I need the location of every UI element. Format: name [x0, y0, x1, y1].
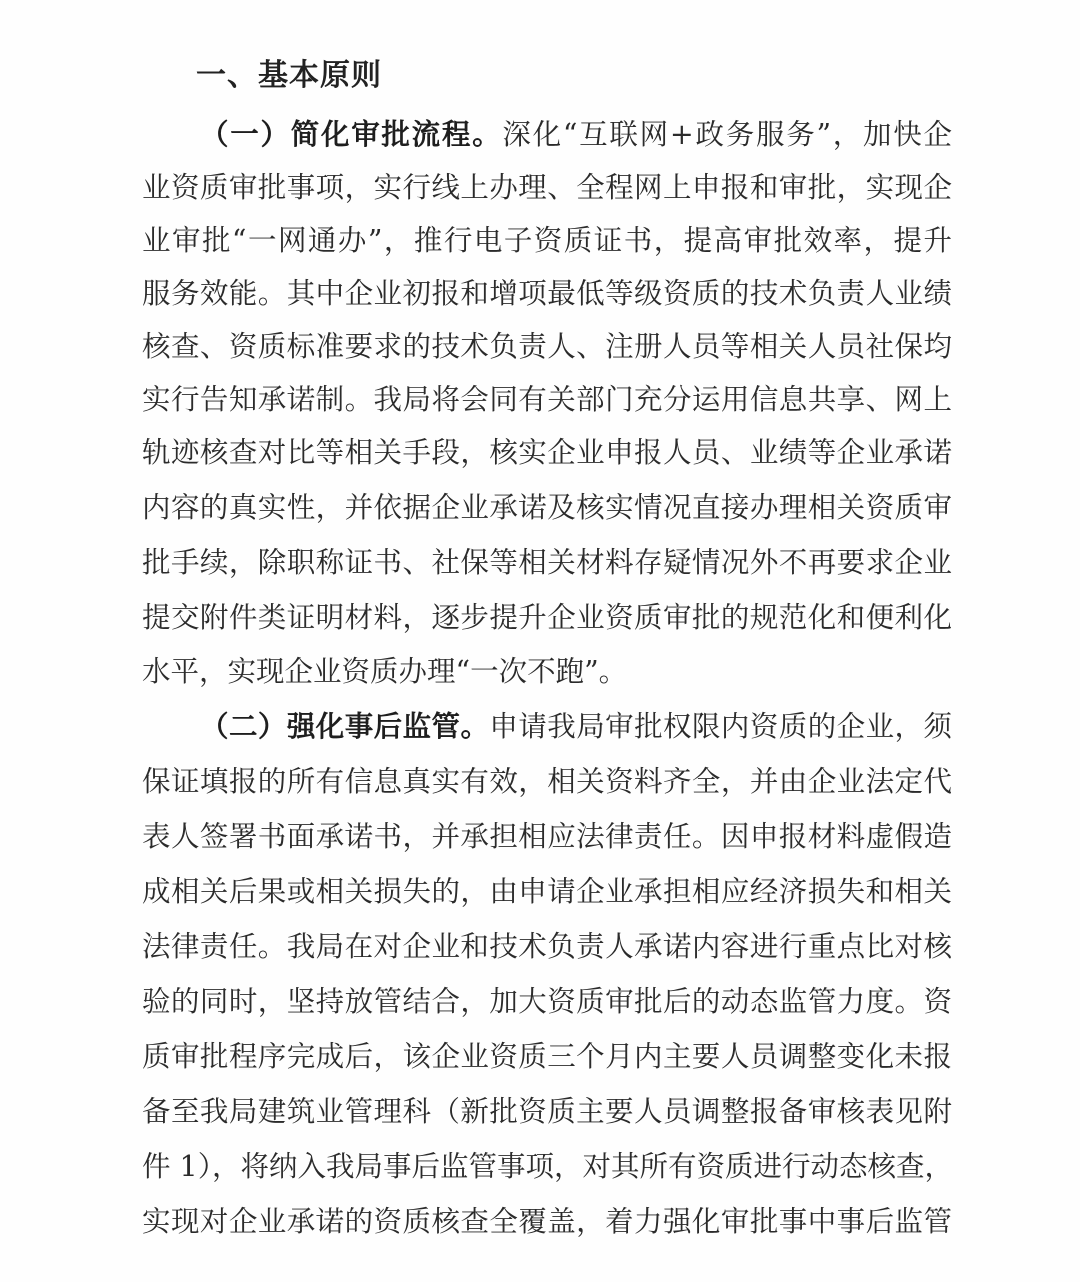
paragraph-1-line-11: 水平，实现企业资质办理“一次不跑”。 [142, 652, 952, 692]
paragraph-1-line-8: 内容的真实性，并依据企业承诺及核实情况直接办理相关资质审 [142, 488, 952, 528]
paragraph-2-line-8: 备至我局建筑业管理科（新批资质主要人员调整报备审核表见附 [142, 1092, 952, 1132]
paragraph-1-line-4: 服务效能。其中企业初报和增项最低等级资质的技术负责人业绩 [142, 274, 952, 314]
paragraph-2-title: （二）强化事后监管。 [200, 710, 489, 743]
paragraph-1-line-6: 实行告知承诺制。我局将会同有关部门充分运用信息共享、网上 [142, 380, 952, 420]
paragraph-1-line-7: 轨迹核查对比等相关手段，核实企业申报人员、业绩等企业承诺 [142, 433, 952, 473]
paragraph-2-line-7: 质审批程序完成后，该企业资质三个月内主要人员调整变化未报 [142, 1037, 952, 1077]
paragraph-1-line-2: 业资质审批事项，实行线上办理、全程网上申报和审批，实现企 [142, 168, 952, 208]
paragraph-1-title: （一）简化审批流程。 [200, 118, 502, 151]
document-page: 一、基本原则 （一）简化审批流程。深化“互联网+政务服务”，加快企 业资质审批事… [0, 0, 1080, 1282]
paragraph-2-line-3: 表人签署书面承诺书，并承担相应法律责任。因申报材料虚假造 [142, 817, 952, 857]
paragraph-2-line-6: 验的同时，坚持放管结合，加大资质审批后的动态监管力度。资 [142, 982, 952, 1022]
paragraph-2-line-2: 保证填报的所有信息真实有效，相关资料齐全，并由企业法定代 [142, 762, 952, 802]
section-heading: 一、基本原则 [196, 50, 382, 94]
paragraph-1-line-5: 核查、资质标准要求的技术负责人、注册人员等相关人员社保均 [142, 327, 952, 367]
paragraph-2-line-10: 实现对企业承诺的资质核查全覆盖，着力强化审批事中事后监管 [142, 1202, 952, 1242]
paragraph-1-line-9: 批手续，除职称证书、社保等相关材料存疑情况外不再要求企业 [142, 543, 952, 583]
paragraph-1-line-1: （一）简化审批流程。深化“互联网+政务服务”，加快企 [200, 115, 952, 155]
paragraph-1-line-10: 提交附件类证明材料，逐步提升企业资质审批的规范化和便利化 [142, 598, 952, 638]
paragraph-2-line-5: 法律责任。我局在对企业和技术负责人承诺内容进行重点比对核 [142, 927, 952, 967]
paragraph-2-line-4: 成相关后果或相关损失的，由申请企业承担相应经济损失和相关 [142, 872, 952, 912]
paragraph-2-line-9: 件 1），将纳入我局事后监管事项，对其所有资质进行动态核查， [142, 1147, 952, 1187]
paragraph-2-line-1: （二）强化事后监管。申请我局审批权限内资质的企业，须 [200, 707, 952, 747]
paragraph-1-line-3: 业审批“一网通办”，推行电子资质证书，提高审批效率，提升 [142, 221, 952, 261]
